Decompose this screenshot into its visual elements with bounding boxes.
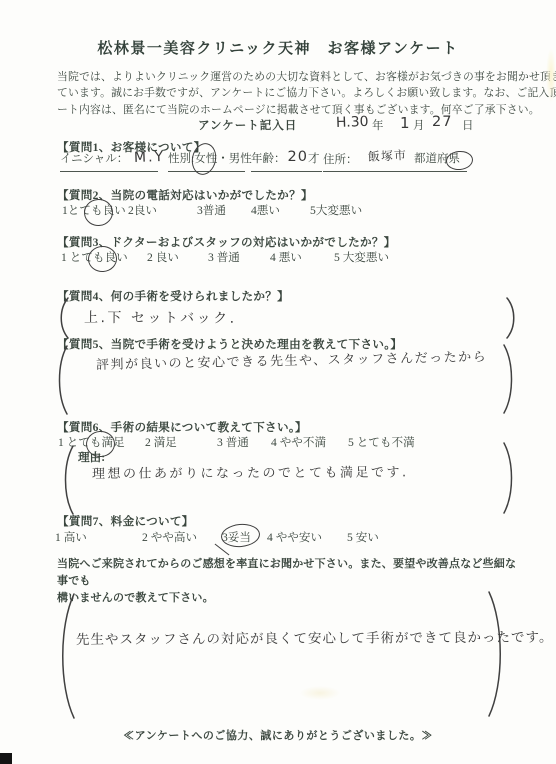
gender-option-male: 男性 (229, 153, 252, 165)
q7-option-2: 2 やや高い (142, 529, 197, 545)
intro-line-2: ています。誠にお手数ですが、アンケートにご協力下さい。よろしくお願い致します。な… (57, 85, 509, 101)
q6-reason-handwritten: 理想の仕あがりになったのでとても満足です. (92, 461, 409, 482)
question-7-header: 【質問7、料金について】 (57, 513, 194, 529)
age-field: 年齢：20才 (251, 150, 322, 172)
initial-field: イニシャル：M.Y (60, 150, 158, 172)
date-year-suffix: 年 (372, 117, 384, 133)
q7-option-5: 5 安い (347, 529, 379, 545)
q6-left-paren (60, 444, 78, 521)
survey-scan-page: 松林景一美容クリニック天神 お客様アンケート 当院では、よりよいクリニック運営の… (0, 0, 556, 764)
q6-option-3: 3 普通 (217, 434, 249, 450)
date-row: アンケート記入日 H.30 年 1 月 27 日 (0, 117, 556, 137)
prefecture-selection-circle (445, 150, 474, 171)
initial-value-handwritten: M.Y (134, 149, 166, 166)
q7-option-1: 1 高い (55, 529, 87, 545)
q2-option-3: 3普通 (197, 202, 226, 218)
q4-right-paren (502, 296, 520, 345)
free-comment-left-paren (57, 592, 77, 725)
free-comment-handwritten: 先生やスタッフさんの対応が良くて安心して手術ができて良かったです。 (76, 626, 554, 648)
q2-option-2: 2良い (128, 202, 157, 218)
initial-label: イニシャル： (60, 153, 128, 165)
age-value-handwritten: 20 (288, 149, 308, 165)
date-day-suffix: 日 (462, 117, 474, 133)
scan-corner-mark (0, 753, 12, 764)
q3-option-2: 2 良い (147, 249, 179, 265)
free-comment-prompt-line-2: 構いませんので教えて下さい。 (57, 590, 527, 607)
question-7-options: 1 高い 2 やや高い 3妥当 4 やや安い 5 安い (0, 529, 556, 546)
free-comment-prompt-line-1: 当院へご来院されてからのご感想を率直にお聞かせ下さい。また、要望や改善点など些細… (57, 556, 527, 590)
date-era-handwritten: H.30 (336, 114, 369, 131)
address-field: 住所：飯塚市 (323, 150, 414, 172)
date-day-handwritten: 27 (432, 114, 452, 130)
date-month-handwritten: 1 (400, 114, 410, 132)
gender-label: 性別: (168, 153, 194, 165)
q5-right-paren (499, 343, 517, 420)
date-label: アンケート記入日 (198, 117, 297, 133)
q2-option-4: 4悪い (251, 202, 280, 218)
age-unit: 才 (308, 153, 320, 165)
scan-smudge (300, 686, 340, 700)
free-comment-prompt: 当院へご来院されてからのご感想を率直にお聞かせ下さい。また、要望や改善点など些細… (57, 556, 527, 607)
address-value-handwritten: 飯塚市 (367, 146, 407, 165)
q2-option-5: 5大変悪い (310, 202, 362, 218)
q6-right-paren (499, 441, 517, 520)
q3-option-3: 3 普通 (208, 249, 240, 265)
page-title: 松林景一美容クリニック天神 お客様アンケート (0, 37, 556, 58)
gender-separator: ・ (217, 153, 229, 165)
address-label: 住所： (323, 154, 358, 166)
age-label: 年齢： (251, 153, 286, 165)
q5-left-paren (54, 344, 72, 421)
q3-option-5: 5 大変悪い (334, 249, 389, 265)
q6-option-4: 4 やや不満 (271, 434, 326, 450)
q3-option-4: 4 悪い (270, 249, 302, 265)
intro-paragraph: 当院では、よりよいクリニック運営のための大切な資料として、お客様がお気づきの事を… (57, 69, 509, 118)
closing-thanks: ≪アンケートへのご協力、誠にありがとうございました。≫ (0, 727, 556, 743)
q3-selection-circle (87, 245, 118, 273)
free-comment-right-paren (486, 590, 506, 723)
q4-answer-handwritten: 上.下 セットバック. (84, 307, 237, 328)
question-3-options: 1 とても良い 2 良い 3 普通 4 悪い 5 大変悪い (0, 249, 556, 266)
date-month-suffix: 月 (413, 117, 425, 133)
q6-option-5: 5 とても不満 (348, 434, 415, 450)
prefecture-prefix: 都道府 (414, 153, 449, 165)
q6-option-2: 2 満足 (145, 434, 177, 450)
intro-line-1: 当院では、よりよいクリニック運営のための大切な資料として、お客様がお気づきの事を… (57, 69, 509, 85)
q7-option-4: 4 やや安い (267, 529, 322, 545)
question-4-header: 【質問4、何の手術を受けられましたか？】 (57, 288, 289, 304)
